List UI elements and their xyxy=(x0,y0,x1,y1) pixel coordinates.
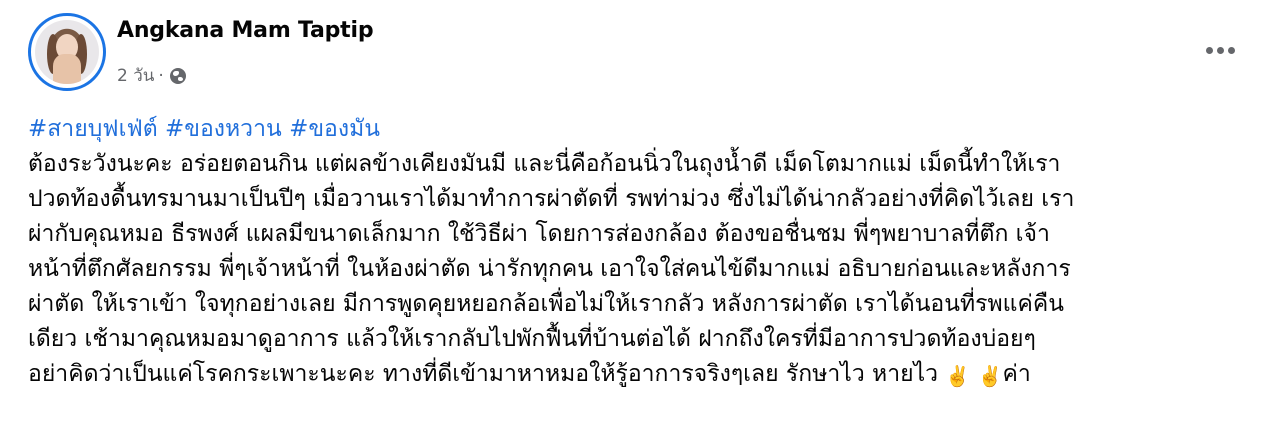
post-text-segment: อย่าคิดว่าเป็นแค่โรคกระเพาะนะคะ ทางที่ดี… xyxy=(28,361,945,387)
globe-icon[interactable] xyxy=(170,68,186,84)
author-avatar[interactable] xyxy=(28,13,106,91)
hashtag-link[interactable]: #ของมัน xyxy=(289,116,380,142)
post-meta: 2 วัน · xyxy=(117,62,186,89)
victory-hand-emoji-icon: ✌️ xyxy=(945,359,970,394)
post-text-line: หน้าที่ตึกศัลยกรรม พี่ๆเจ้าหน้าที่ ในห้อ… xyxy=(28,252,1268,287)
avatar-photo xyxy=(35,20,99,84)
avatar-hands xyxy=(53,54,81,84)
post-timestamp[interactable]: 2 วัน xyxy=(117,62,154,89)
hashtag-link[interactable]: #สายบุฟเฟ่ต์ xyxy=(28,116,158,142)
post-body: #สายบุฟเฟ่ต์ #ของหวาน #ของมัน ต้องระวังน… xyxy=(28,112,1268,394)
more-options-icon-dot xyxy=(1206,47,1213,54)
post-text-line: ผ่าตัด ให้เราเข้า ใจทุกอย่างเลย มีการพูด… xyxy=(28,287,1268,322)
post-text-line: เดียว เช้ามาคุณหมอมาดูอาการ แล้วให้เรากล… xyxy=(28,322,1268,357)
victory-hand-emoji-icon: ✌️ xyxy=(978,359,1003,394)
author-name-link[interactable]: Angkana Mam Taptip xyxy=(117,18,373,43)
hashtag-link[interactable]: #ของหวาน xyxy=(165,116,282,142)
more-options-icon-dot xyxy=(1228,47,1235,54)
post-text-line: ปวดท้องดื้นทรมานมาเป็นปีๆ เมื่อวานเราได้… xyxy=(28,182,1268,217)
more-options-icon-dot xyxy=(1217,47,1224,54)
post-header: Angkana Mam Taptip 2 วัน · xyxy=(0,0,1280,110)
more-options-button[interactable] xyxy=(1202,40,1238,60)
hashtag-row: #สายบุฟเฟ่ต์ #ของหวาน #ของมัน xyxy=(28,112,1268,147)
post-text-line: ผ่ากับคุณหมอ ธีรพงศ์ แผลมีขนาดเล็กมาก ใช… xyxy=(28,217,1268,252)
post-text-suffix: ค่า xyxy=(1003,361,1031,387)
post-text-line-last: อย่าคิดว่าเป็นแค่โรคกระเพาะนะคะ ทางที่ดี… xyxy=(28,357,1268,394)
meta-separator: · xyxy=(158,66,163,86)
post-text-line: ต้องระวังนะคะ อร่อยตอนกิน แต่ผลข้างเคียง… xyxy=(28,147,1268,182)
